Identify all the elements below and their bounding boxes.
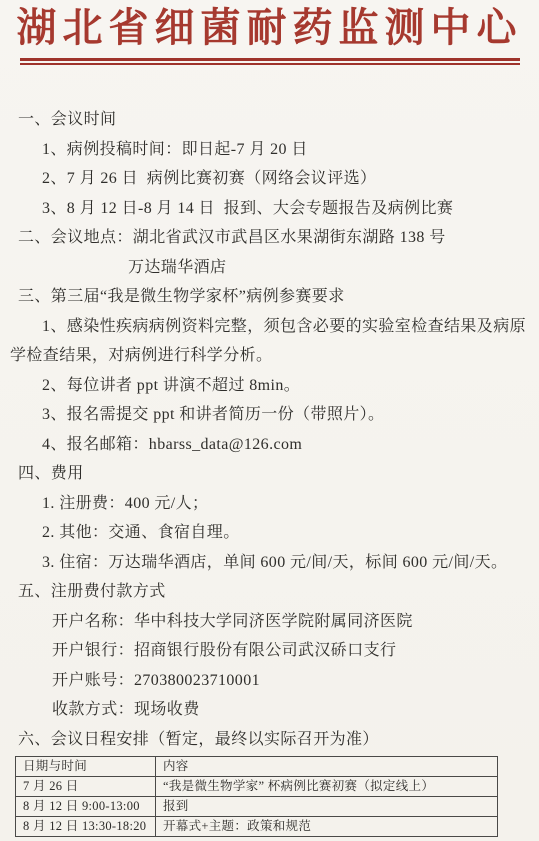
document-body: 一、会议时间 1、病例投稿时间：即日起-7 月 20 日 2、7 月 26 日 …: [0, 105, 539, 754]
schedule-row: 8 月 12 日 13:30-18:20 开幕式+主题：政策和规范: [16, 817, 498, 837]
schedule-cell-date: 8 月 12 日 13:30-18:20: [16, 817, 156, 837]
line-section-2: 二、会议地点：湖北省武汉市武昌区水果湖街东湖路 138 号: [0, 223, 539, 253]
line-payment-method: 收款方式：现场收费: [0, 695, 539, 725]
title-underline-thick: [20, 58, 520, 61]
line-3-2: 2、每位讲者 ppt 讲演不超过 8min。: [0, 371, 539, 401]
schedule-header-row: 日期与时间 内容: [16, 757, 498, 777]
schedule-row: 8 月 12 日 9:00-13:00 报到: [16, 797, 498, 817]
line-account-number: 开户账号：270380023710001: [0, 666, 539, 696]
line-section-5: 五、注册费付款方式: [0, 577, 539, 607]
line-section-6: 六、会议日程安排（暂定，最终以实际召开为准）: [0, 725, 539, 755]
title-underline-thin: [20, 63, 520, 65]
schedule-cell-content: 开幕式+主题：政策和规范: [156, 817, 498, 837]
schedule-cell-date: 8 月 12 日 9:00-13:00: [16, 797, 156, 817]
page-title: 湖北省细菌耐药监测中心: [0, 4, 539, 52]
schedule-cell-content: “我是微生物学家” 杯病例比赛初赛（拟定线上）: [156, 777, 498, 797]
line-section-4: 四、费用: [0, 459, 539, 489]
line-3-1b: 学检查结果，对病例进行科学分析。: [0, 341, 539, 371]
line-4-3: 3. 住宿：万达瑞华酒店，单间 600 元/间/天，标间 600 元/间/天。: [0, 548, 539, 578]
line-3-3: 3、报名需提交 ppt 和讲者简历一份（带照片）。: [0, 400, 539, 430]
line-payee-name: 开户名称：华中科技大学同济医学院附属同济医院: [0, 607, 539, 637]
line-venue: 万达瑞华酒店: [0, 253, 539, 283]
schedule-header-date: 日期与时间: [16, 757, 156, 777]
line-bank: 开户银行：招商银行股份有限公司武汉硚口支行: [0, 636, 539, 666]
line-1-3: 3、8 月 12 日-8 月 14 日 报到、大会专题报告及病例比赛: [0, 194, 539, 224]
schedule-row: 7 月 26 日 “我是微生物学家” 杯病例比赛初赛（拟定线上）: [16, 777, 498, 797]
line-section-1: 一、会议时间: [0, 105, 539, 135]
schedule-cell-content: 报到: [156, 797, 498, 817]
line-1-2: 2、7 月 26 日 病例比赛初赛（网络会议评选）: [0, 164, 539, 194]
line-3-1a: 1、感染性疾病病例资料完整，须包含必要的实验室检查结果及病原: [0, 312, 539, 342]
line-3-4-email: 4、报名邮箱：hbarss_data@126.com: [0, 430, 539, 460]
line-4-1: 1. 注册费：400 元/人；: [0, 489, 539, 519]
schedule-table: 日期与时间 内容 7 月 26 日 “我是微生物学家” 杯病例比赛初赛（拟定线上…: [15, 756, 498, 837]
line-1-1: 1、病例投稿时间：即日起-7 月 20 日: [0, 135, 539, 165]
schedule-cell-date: 7 月 26 日: [16, 777, 156, 797]
line-section-3: 三、第三届“我是微生物学家杯”病例参赛要求: [0, 282, 539, 312]
line-4-2: 2. 其他：交通、食宿自理。: [0, 518, 539, 548]
schedule-header-content: 内容: [156, 757, 498, 777]
document-page: 湖北省细菌耐药监测中心 一、会议时间 1、病例投稿时间：即日起-7 月 20 日…: [0, 0, 539, 841]
